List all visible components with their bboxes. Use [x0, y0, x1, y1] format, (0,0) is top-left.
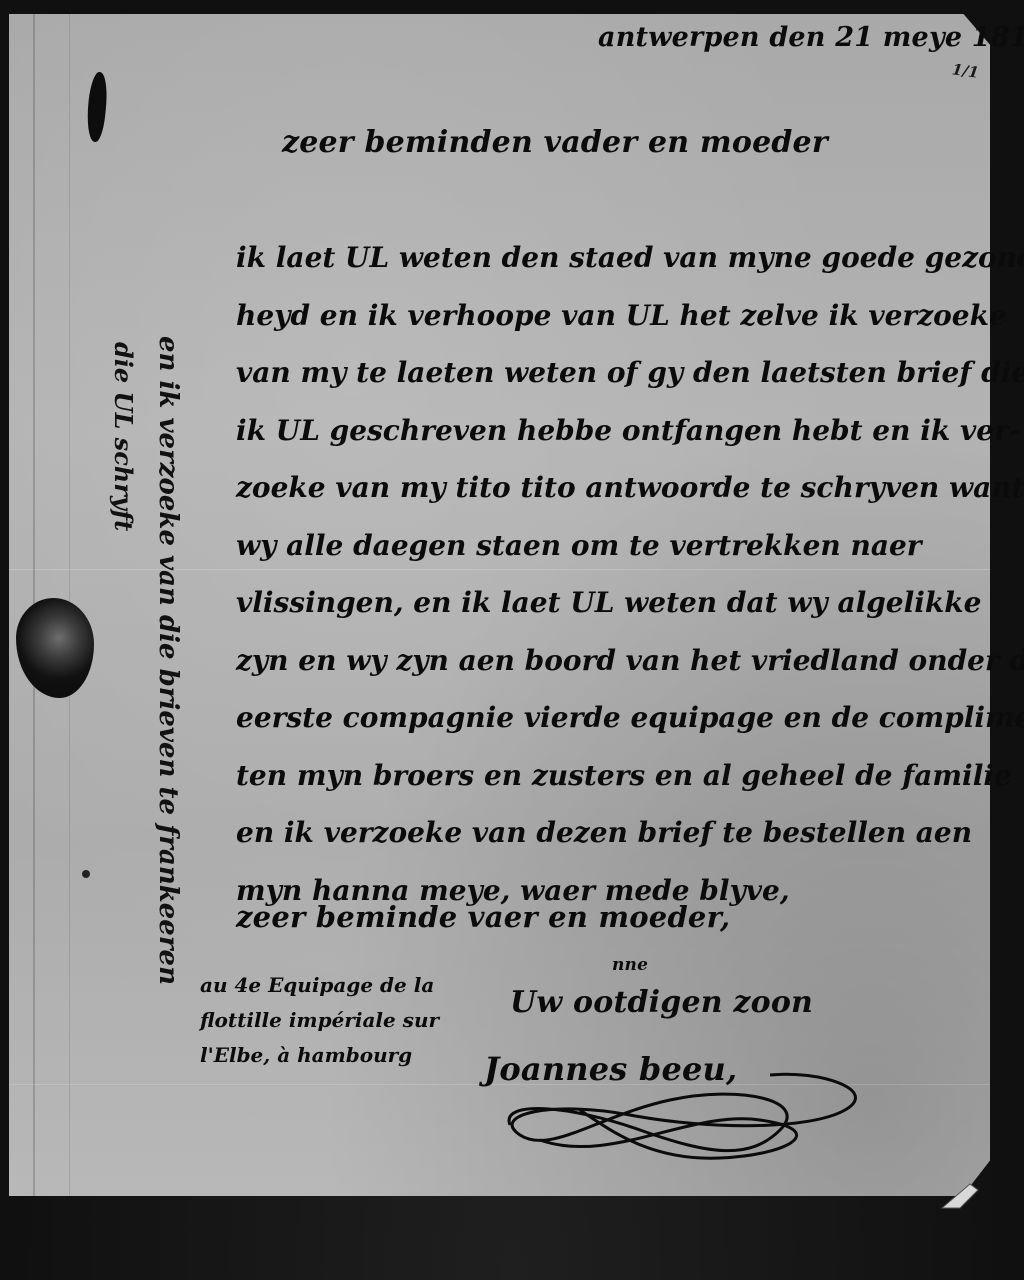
- body-line: van my te laeten weten of gy den laetste…: [236, 353, 996, 411]
- closing-line: zeer beminde vaer en moeder,: [236, 900, 730, 934]
- body-line: wy alle daegen staen om te vertrekken na…: [236, 526, 996, 584]
- body-line: zoeke van my tito tito antwoorde te schr…: [236, 468, 996, 526]
- salutation: zeer beminden vader en moeder: [282, 125, 828, 160]
- paraph-flourish-icon: [490, 1070, 870, 1180]
- speck-mark: [82, 870, 90, 878]
- signature-insertion: nne: [612, 955, 648, 975]
- body-line: ik UL geschreven hebbe ontfangen hebt en…: [236, 411, 996, 469]
- signature-line-1: Uw ootdigen zoon: [510, 985, 813, 1020]
- address-line: flottille impériale sur: [200, 1003, 439, 1038]
- letter-date: antwerpen den 21 meye 1811: [598, 22, 1024, 53]
- body-line: heyd en ik verhoope van UL het zelve ik …: [236, 296, 996, 354]
- body-line: en ik verzoeke van dezen brief te bestel…: [236, 813, 996, 871]
- body-line: eerste compagnie vierde equipage en de c…: [236, 698, 996, 756]
- body-line: zyn en wy zyn aen boord van het vriedlan…: [236, 641, 996, 699]
- folded-corner-icon: [940, 1178, 980, 1212]
- body-line: ten myn broers en zusters en al geheel d…: [236, 756, 996, 814]
- letter-body: ik laet UL weten den staed van myne goed…: [236, 238, 996, 928]
- body-line: vlissingen, en ik laet UL weten dat wy a…: [236, 583, 996, 641]
- margin-note-postscript: die UL schryft: [109, 342, 138, 531]
- folio-mark: 1/1: [951, 60, 980, 82]
- margin-note-postscript: en ik verzoeke van die brieven te franke…: [153, 336, 183, 985]
- return-address: au 4e Equipage de la flottille impériale…: [200, 968, 439, 1073]
- address-line: l'Elbe, à hambourg: [200, 1038, 439, 1073]
- address-line: au 4e Equipage de la: [200, 968, 439, 1003]
- body-line: ik laet UL weten den staed van myne goed…: [236, 238, 996, 296]
